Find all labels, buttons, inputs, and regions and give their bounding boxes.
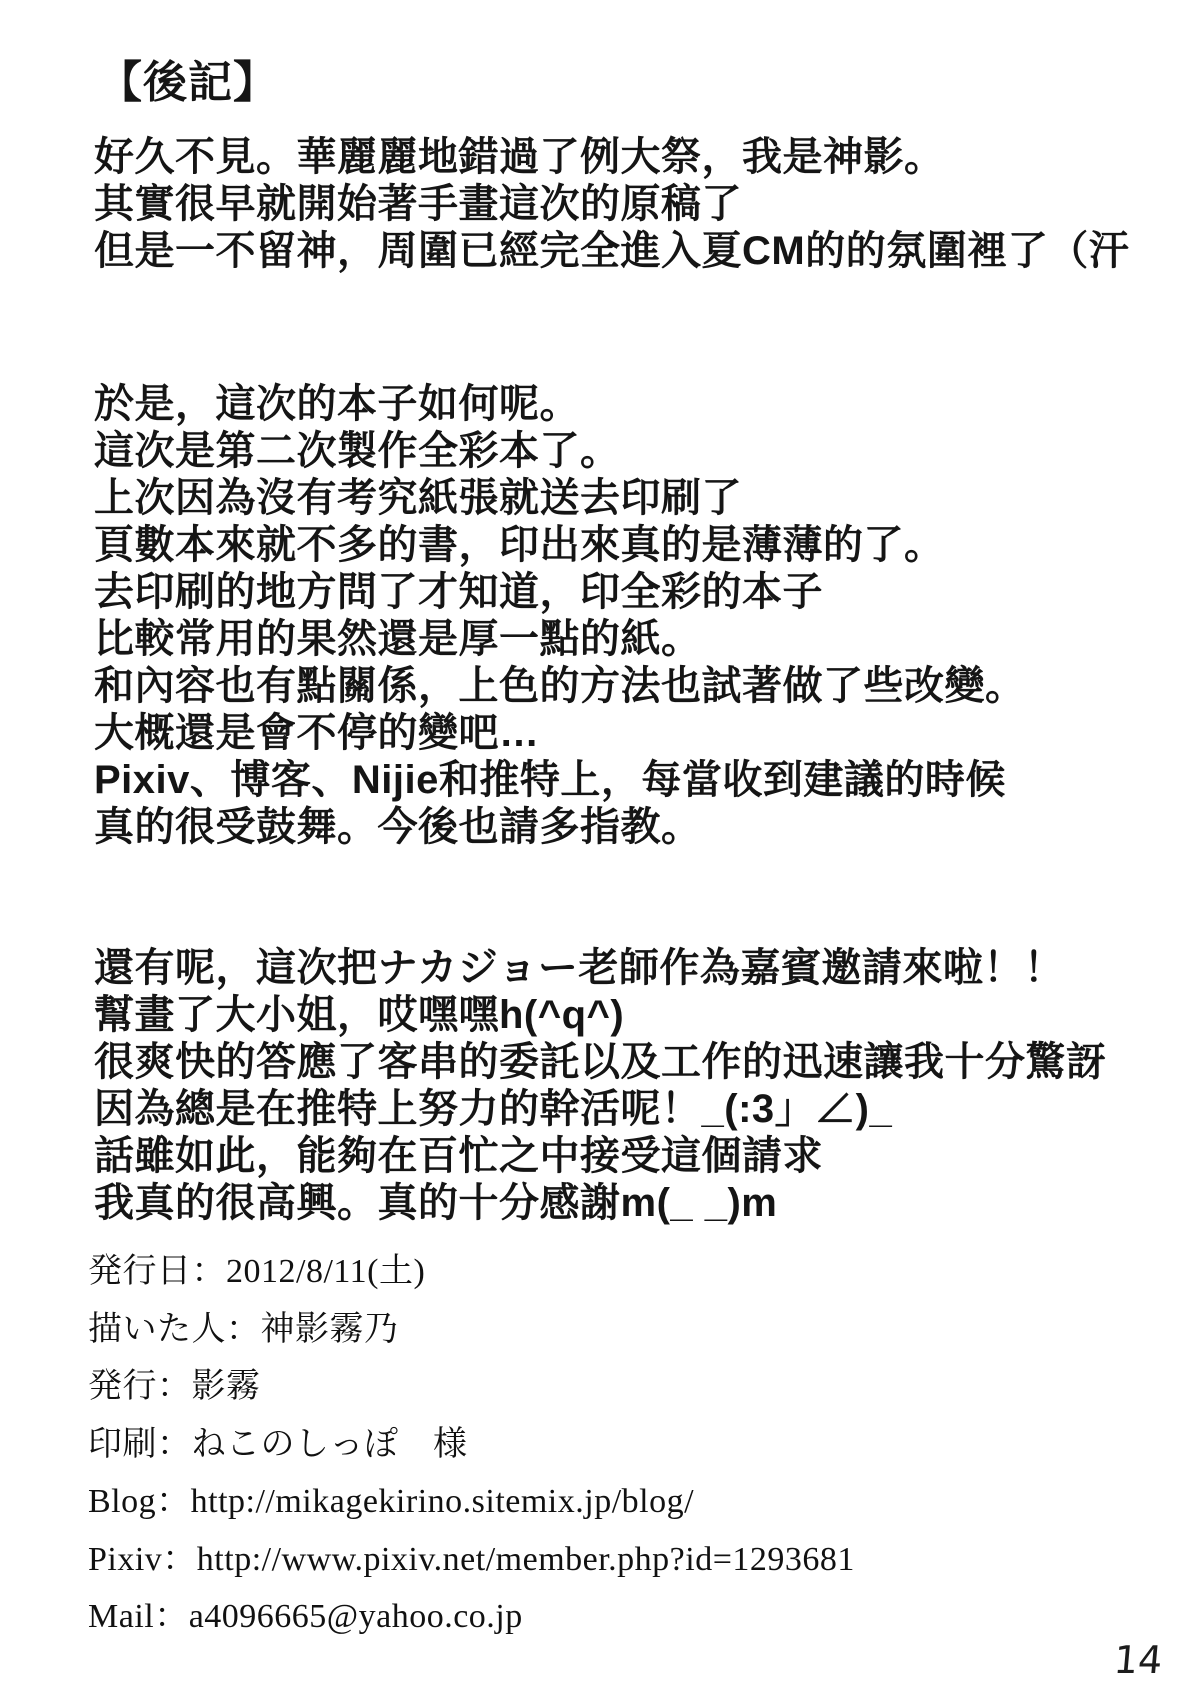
text-line: 去印刷的地方問了才知道，印全彩的本子: [94, 569, 1026, 616]
colophon-publish-date: 発行日：2012/8/11(土): [88, 1243, 855, 1301]
text-line: 還有呢，這次把ナカジョー老師作為嘉賓邀請來啦！！: [94, 945, 1107, 992]
text-line: 幫畫了大小姐，哎嘿嘿h(^q^): [94, 992, 1107, 1039]
colophon: 発行日：2012/8/11(土) 描いた人：神影霧乃 発行：影霧 印刷：ねこのし…: [88, 1243, 855, 1646]
colophon-artist: 描いた人：神影霧乃: [88, 1301, 855, 1359]
paragraph-greeting: 好久不見。華麗麗地錯過了例大祭，我是神影。 其實很早就開始著手畫這次的原稿了 但…: [94, 134, 1129, 275]
text-line: 和內容也有點關係，上色的方法也試著做了些改變。: [94, 663, 1026, 710]
page-title: 【後記】: [98, 46, 278, 110]
paragraph-book-notes: 於是，這次的本子如何呢。 這次是第二次製作全彩本了。 上次因為沒有考究紙張就送去…: [94, 381, 1026, 851]
colophon-printer: 印刷：ねこのしっぽ 様: [88, 1416, 855, 1474]
text-line: 但是一不留神，周圍已經完全進入夏CM的的氛圍裡了（汗: [94, 228, 1129, 275]
text-line: 很爽快的答應了客串的委託以及工作的迅速讓我十分驚訝: [94, 1039, 1107, 1086]
text-line: 我真的很高興。真的十分感謝m(_ _)m: [94, 1180, 1107, 1227]
text-line: 大概還是會不停的變吧…: [94, 710, 1026, 757]
text-line: 因為總是在推特上努力的幹活呢！_(:3」∠)_: [94, 1086, 1107, 1133]
text-line: 好久不見。華麗麗地錯過了例大祭，我是神影。: [94, 134, 1129, 181]
text-line: 於是，這次的本子如何呢。: [94, 381, 1026, 428]
scanned-afterword-page: 【後記】 好久不見。華麗麗地錯過了例大祭，我是神影。 其實很早就開始著手畫這次的…: [0, 0, 1200, 1697]
colophon-mail-address: Mail：a4096665@yahoo.co.jp: [88, 1588, 855, 1646]
text-line: 這次是第二次製作全彩本了。: [94, 428, 1026, 475]
colophon-blog-url: Blog：http://mikagekirino.sitemix.jp/blog…: [88, 1473, 855, 1531]
colophon-pixiv-url: Pixiv：http://www.pixiv.net/member.php?id…: [88, 1531, 855, 1589]
text-line: 比較常用的果然還是厚一點的紙。: [94, 616, 1026, 663]
text-line: 話雖如此，能夠在百忙之中接受這個請求: [94, 1133, 1107, 1180]
text-line: 真的很受鼓舞。今後也請多指教。: [94, 804, 1026, 851]
text-line: 其實很早就開始著手畫這次的原稿了: [94, 181, 1129, 228]
text-line: 上次因為沒有考究紙張就送去印刷了: [94, 475, 1026, 522]
page-number: 14: [1112, 1638, 1164, 1682]
paragraph-guest-thanks: 還有呢，這次把ナカジョー老師作為嘉賓邀請來啦！！ 幫畫了大小姐，哎嘿嘿h(^q^…: [94, 945, 1107, 1227]
text-line: Pixiv、博客、Nijie和推特上，每當收到建議的時候: [94, 757, 1026, 804]
text-line: 頁數本來就不多的書，印出來真的是薄薄的了。: [94, 522, 1026, 569]
colophon-publisher: 発行：影霧: [88, 1358, 855, 1416]
